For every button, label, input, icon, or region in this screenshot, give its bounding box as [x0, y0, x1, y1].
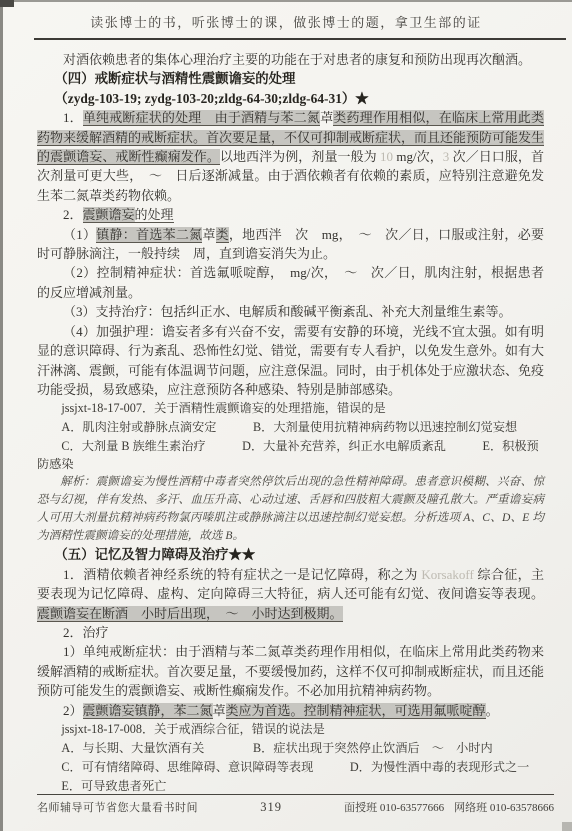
text-segment: （1）: [63, 227, 96, 242]
scan-corner-bottom-right: [562, 822, 572, 831]
scanned-book-page: 读张博士的书，听张博士的课，做张博士的题，拿卫生部的证 对酒依赖患者的集体心理治…: [0, 0, 572, 831]
paragraph-delirium-heading: 2．震颤谵妄的处理: [37, 205, 544, 224]
text-segment: 2．: [63, 207, 83, 222]
text-segment: A．肌肉注射或静脉点滴安定 B．大剂量使用抗精神病药物以迅速控制幻觉妄想: [61, 420, 517, 434]
text-segment: Korsakoff: [421, 567, 473, 582]
section-heading-5: （五）记忆及智力障碍及治疗★★: [37, 545, 544, 564]
text-segment: A．与长期、大量饮酒有关 B．症状出现于突然停止饮酒后 ～ 小时内: [61, 741, 492, 755]
text-segment: 2．治疗: [63, 625, 109, 640]
text-segment: C．可有情绪障碍、思维障碍、意识障碍等表现 D．为慢性酒中毒的表现形式之一: [61, 760, 529, 774]
text-segment: C．大剂量 B 族维生素治疗 D．大量补充营养，纠正水电解质紊乱 E．积极预防感…: [37, 439, 539, 471]
paragraph-support: （3）支持治疗：包括纠正水、电解质和酸碱平衡紊乱、补充大剂量维生素等。: [37, 302, 544, 321]
question-id-008: jssjxt-18-17-008．关于戒酒综合征，错误的说法是: [37, 720, 544, 739]
paragraph-korsakoff: 1．酒精依赖者神经系统的特有症状之一是记忆障碍，称之为 Korsakoff 综合…: [37, 565, 544, 623]
paragraph-sedation: （1）镇静：首选苯二氮䓬类，地西泮 次 mg， ～ 次／日，口服或注射，必要时可…: [37, 225, 544, 264]
scan-edge-top: [0, 0, 572, 2]
text-segment: 类: [216, 227, 229, 243]
paragraph-treatment-heading: 2．治疗: [37, 623, 544, 642]
text-segment: 。: [486, 703, 499, 718]
question-id-007: jssjxt-18-17-007．关于酒精性震颤谵妄的处理措施，错误的是: [37, 399, 544, 418]
text-segment: 震颤谵妄镇静，苯二氮: [83, 703, 213, 719]
footer-phone-face: 面授班 010-63577666: [344, 799, 444, 815]
header-slogan: 读张博士的书，听张博士的课，做张博士的题，拿卫生部的证: [0, 12, 572, 31]
text-segment: 䓬: [320, 110, 333, 125]
text-segment: 1．酒精依赖者神经系统的特有症状之一是记忆障碍，称之为: [63, 567, 421, 582]
options-008-cd: C．可有情绪障碍、思维障碍、意识障碍等表现 D．为慢性酒中毒的表现形式之一: [37, 758, 544, 777]
text-segment: （3）支持治疗：包括纠正水、电解质和酸碱平衡紊乱、补充大剂量维生素等。: [63, 304, 512, 319]
footer-slogan: 名师辅导可节省您大量看书时间: [37, 799, 198, 815]
text-segment: 解析：震颤谵妄为慢性酒精中毒者突然停饮后出现的急性精神障碍。患者意识模糊、兴奋、…: [37, 475, 544, 542]
text-segment: 的处理: [135, 207, 174, 223]
text-segment: 对酒依赖患者的集体心理治疗主要的功能在于对患者的康复和预防出现再次酗酒。: [63, 52, 531, 67]
text-segment: 震颤谵妄在断酒 小时后出现， ～ 小时达到极期。: [37, 606, 343, 622]
text-segment: （四）戒断症状与酒精性震颤谵妄的处理: [54, 71, 295, 86]
document-body: 对酒依赖患者的集体心理治疗主要的功能在于对患者的康复和预防出现再次酗酒。（四）戒…: [37, 50, 544, 796]
text-segment: E．可导致患者死亡: [61, 779, 166, 793]
paragraph-simple-withdrawal: 1．单纯戒断症状的处理 由于酒精与苯二氮䓬类药理作用相似，在临床上常用此类药物来…: [37, 108, 544, 205]
analysis-007: 解析：震颤谵妄为慢性酒精中毒者突然停饮后出现的急性精神障碍。患者意识模糊、兴奋、…: [37, 473, 544, 545]
text-segment: 单纯戒断症状的处理 由于酒精与苯二氮: [83, 110, 320, 126]
paragraph-psychotic-control: （2）控制精神症状：首选氟哌啶醇， mg/次， ～ 次／日，肌肉注射，根据患者的…: [37, 263, 544, 302]
text-segment: 1．: [63, 110, 83, 125]
text-segment: （4）加强护理：谵妄者多有兴奋不安，需要有安静的环境，光线不宜太强。如有明显的意…: [37, 324, 544, 397]
options-007-ab: A．肌肉注射或静脉点滴安定 B．大剂量使用抗精神病药物以迅速控制幻觉妄想: [37, 418, 544, 437]
options-008-ab: A．与长期、大量饮酒有关 B．症状出现于突然停止饮酒后 ～ 小时内: [37, 739, 544, 758]
paragraph-treatment-1: 1）单纯戒断症状：由于酒精与苯二氮䓬类药理作用相似，在临床上常用此类药物来缓解酒…: [37, 642, 544, 700]
text-segment: jssjxt-18-17-007．关于酒精性震颤谵妄的处理措施，错误的是: [61, 401, 385, 415]
footer-phone-net: 网络班 010-63578666: [454, 799, 554, 815]
text-segment: mg/次，: [393, 149, 443, 164]
text-segment: （五）记忆及智力障碍及治疗★★: [54, 547, 255, 562]
scan-corner-top-left: [0, 0, 14, 7]
paragraph-nursing: （4）加强护理：谵妄者多有兴奋不安，需要有安静的环境，光线不宜太强。如有明显的意…: [37, 322, 544, 400]
options-007-cde: C．大剂量 B 族维生素治疗 D．大量补充营养，纠正水电解质紊乱 E．积极预防感…: [37, 437, 544, 473]
text-segment: 以地西泮为例，剂量一般为: [220, 149, 380, 164]
text-segment: 1）单纯戒断症状：由于酒精与苯二氮䓬类药理作用相似，在临床上常用此类药物来缓解酒…: [37, 644, 544, 698]
text-segment: 10: [380, 149, 393, 164]
scan-edge-left: [0, 0, 3, 831]
text-segment: 震颤谵妄: [83, 207, 135, 223]
footer-contacts: 面授班 010-63577666 网络班 010-63578666: [344, 799, 554, 815]
text-segment: 䓬: [213, 703, 226, 718]
text-segment: （zydg-103-19; zydg-103-20;zldg-64-30;zld…: [54, 91, 368, 106]
text-segment: 镇静：首选苯二氮: [96, 227, 202, 243]
text-segment: （2）控制精神症状：首选氟哌啶醇， mg/次， ～ 次／日，肌肉注射，根据患者的…: [37, 265, 544, 299]
intro-paragraph: 对酒依赖患者的集体心理治疗主要的功能在于对患者的康复和预防出现再次酗酒。: [37, 50, 544, 69]
text-segment: 䓬: [202, 227, 215, 242]
text-segment: 2）: [63, 703, 83, 718]
page-header: 读张博士的书，听张博士的课，做张博士的题，拿卫生部的证: [0, 0, 572, 40]
text-segment: jssjxt-18-17-008．关于戒酒综合征，错误的说法是: [61, 722, 324, 736]
section-heading-4: （四）戒断症状与酒精性震颤谵妄的处理: [37, 69, 544, 88]
paragraph-treatment-2: 2）震颤谵妄镇静，苯二氮䓬类应为首选。控制精神症状，可选用氟哌啶醇。: [37, 701, 544, 720]
page-number: 319: [198, 800, 344, 815]
text-segment: 类应为首选。控制精神症状，可选用氟哌啶醇: [226, 703, 486, 719]
exam-code-line: （zydg-103-19; zydg-103-20;zldg-64-30;zld…: [37, 89, 544, 108]
header-rule: [34, 38, 566, 40]
page-footer: 名师辅导可节省您大量看书时间 319 面授班 010-63577666 网络班 …: [37, 794, 554, 815]
